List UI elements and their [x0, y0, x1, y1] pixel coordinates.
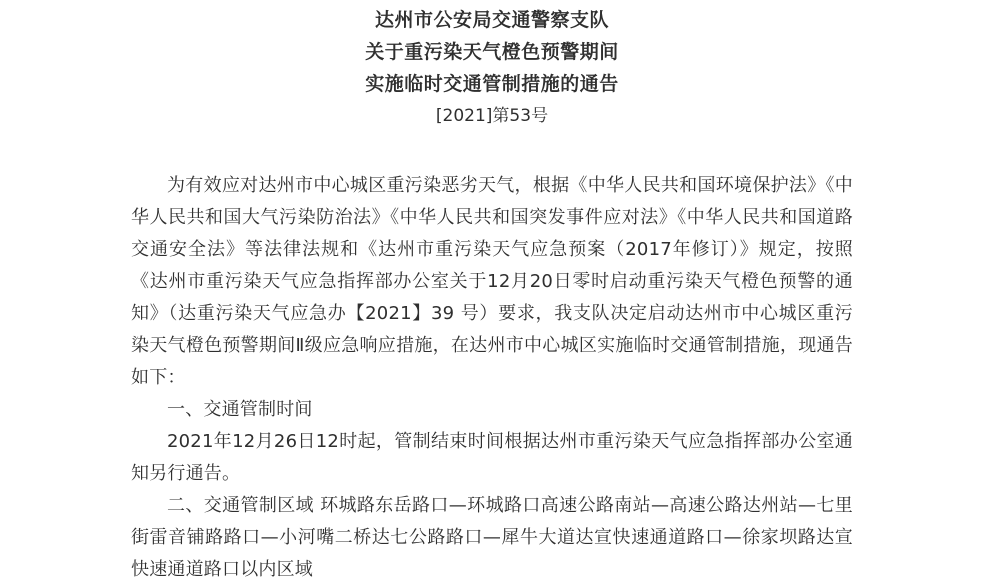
document-header: 达州市公安局交通警察支队 关于重污染天气橙色预警期间 实施临时交通管制措施的通告…: [131, 0, 853, 132]
paragraph-control-time: 2021年12月26日12时起，管制结束时间根据达州市重污染天气应急指挥部办公室…: [131, 426, 853, 490]
document-title-line-3: 实施临时交通管制措施的通告: [131, 68, 853, 100]
document-content: 达州市公安局交通警察支队 关于重污染天气橙色预警期间 实施临时交通管制措施的通告…: [131, 0, 853, 582]
document-title-line-1: 达州市公安局交通警察支队: [131, 4, 853, 36]
document-number: [2021]第53号: [131, 100, 853, 132]
notice-document-page: 达州市公安局交通警察支队 关于重污染天气橙色预警期间 实施临时交通管制措施的通告…: [0, 0, 984, 582]
paragraph-intro-legal-basis: 为有效应对达州市中心城区重污染恶劣天气，根据《中华人民共和国环境保护法》《中华人…: [131, 170, 853, 394]
document-title-line-2: 关于重污染天气橙色预警期间: [131, 36, 853, 68]
paragraph-section-2-control-area: 二、交通管制区域 环城路东岳路口—环城路口高速公路南站—高速公路达州站—七里街雷…: [131, 490, 853, 582]
paragraph-section-1-heading: 一、交通管制时间: [131, 394, 853, 426]
document-body: 为有效应对达州市中心城区重污染恶劣天气，根据《中华人民共和国环境保护法》《中华人…: [131, 170, 853, 582]
